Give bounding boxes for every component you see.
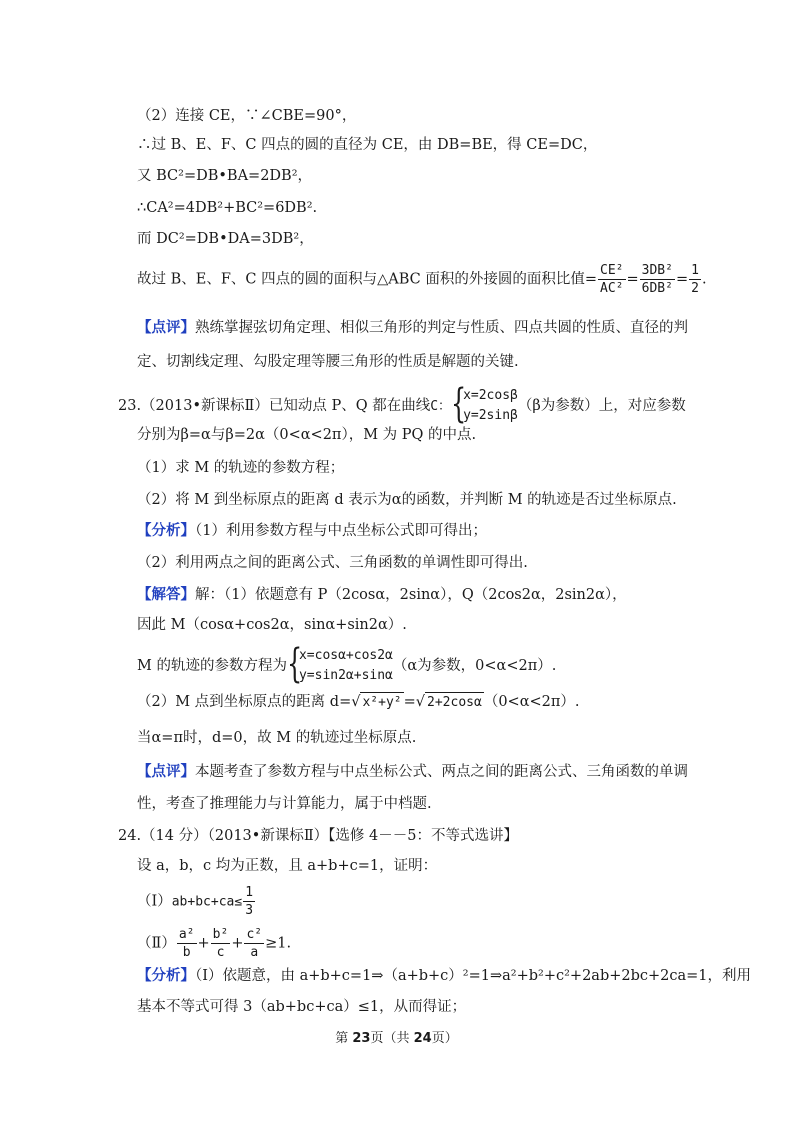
distance-line: （2）M 点到坐标原点的距离 d=√x²+y²=√2+2cosα（0<α<2π）… bbox=[137, 692, 580, 713]
text-line: 设 a，b，c 均为正数，且 a+b+c=1，证明： bbox=[137, 856, 437, 876]
text-line: 又 BC²=DB•BA=2DB²， bbox=[137, 166, 312, 186]
text-line: 而 DC²=DB•DA=3DB²， bbox=[137, 229, 314, 249]
equation-system: {x=2cosβy=2sinβ bbox=[451, 386, 518, 426]
fraction: a²b bbox=[177, 926, 197, 961]
text: 故过 B、E、F、C 四点的圆的面积与△ABC 面积的外接圆的面积比值= bbox=[137, 272, 597, 288]
fraction: 3DB²6DB² bbox=[640, 262, 675, 297]
equation-system: {x=cosα+cos2αy=sin2α+sinα bbox=[287, 646, 393, 686]
sqrt-icon: √ bbox=[416, 694, 425, 710]
part-1-line: （Ⅰ）ab+bc+ca≤13 bbox=[137, 884, 256, 919]
question-23-header: 23.（2013•新课标Ⅱ）已知动点 P、Q 都在曲线C：{x=2cosβy=2… bbox=[118, 386, 686, 426]
review-line: 【点评】本题考查了参数方程与中点坐标公式、两点之间的距离公式、三角函数的单调 bbox=[137, 762, 688, 782]
text-line: （2）利用两点之间的距离公式、三角函数的单调性即可得出. bbox=[137, 553, 528, 573]
text-line: 当α=π时，d=0，故 M 的轨迹过坐标原点. bbox=[137, 728, 416, 748]
text-line: 定、切割线定理、勾股定理等腰三角形的性质是解题的关键. bbox=[137, 352, 519, 372]
fraction: 13 bbox=[243, 884, 255, 919]
part-2-line: （Ⅱ）a²b+b²c+c²a≥1. bbox=[137, 926, 291, 961]
page-total: 24 bbox=[414, 1031, 432, 1046]
text-line: ∴CA²=4DB²+BC²=6DB². bbox=[137, 198, 317, 218]
text-line: ∴过 B、E、F、C 四点的圆的直径为 CE，由 DB=BE，得 CE=DC， bbox=[137, 135, 597, 155]
fraction: c²a bbox=[244, 926, 264, 961]
text-line: 基本不等式可得 3（ab+bc+ca）≤1，从而得证； bbox=[137, 997, 466, 1017]
page-number: 23 bbox=[352, 1031, 370, 1046]
area-ratio-line: 故过 B、E、F、C 四点的圆的面积与△ABC 面积的外接圆的面积比值=CE²A… bbox=[137, 262, 707, 297]
text-line: （2）连接 CE，∵∠CBE=90°， bbox=[137, 106, 356, 126]
answer-tag: 【解答】 bbox=[137, 586, 195, 603]
analysis-line: 【分析】（1）利用参数方程与中点坐标公式即可得出； bbox=[137, 521, 487, 541]
analysis-tag: 【分析】 bbox=[137, 522, 195, 539]
answer-line: 【解答】解：（1）依题意有 P（2cosα，2sinα），Q（2cos2α，2s… bbox=[137, 585, 627, 605]
text-line: 性，考查了推理能力与计算能力，属于中档题. bbox=[137, 794, 432, 814]
analysis-tag: 【分析】 bbox=[137, 967, 195, 984]
fraction: CE²AC² bbox=[598, 262, 625, 297]
brace-icon: { bbox=[287, 642, 302, 686]
sqrt-icon: √ bbox=[351, 694, 360, 710]
text-line: 分别为β=α与β=2α（0<α<2π），M 为 PQ 的中点. bbox=[137, 425, 476, 445]
analysis-line: 【分析】（Ⅰ）依题意，由 a+b+c=1⇒（a+b+c）²=1⇒a²+b²+c²… bbox=[137, 966, 751, 986]
text-line: （2）将 M 到坐标原点的距离 d 表示为α的函数，并判断 M 的轨迹是否过坐标… bbox=[137, 490, 677, 510]
text-line: （1）求 M 的轨迹的参数方程； bbox=[137, 458, 344, 478]
question-24-header: 24.（14 分）（2013•新课标Ⅱ）【选修 4－－5：不等式选讲】 bbox=[118, 826, 518, 846]
fraction: b²c bbox=[211, 926, 231, 961]
text-line: 因此 M（cosα+cos2α，sinα+sin2α）. bbox=[137, 615, 407, 635]
fraction: 12 bbox=[689, 262, 701, 297]
brace-icon: { bbox=[451, 382, 466, 426]
review-line: 【点评】熟练掌握弦切角定理、相似三角形的判定与性质、四点共圆的性质、直径的判 bbox=[137, 318, 688, 338]
parametric-line: M 的轨迹的参数方程为{x=cosα+cos2αy=sin2α+sinα（α为参… bbox=[137, 646, 556, 686]
review-tag: 【点评】 bbox=[137, 319, 195, 336]
review-tag: 【点评】 bbox=[137, 763, 195, 780]
page-footer: 第 23页（共 24页） bbox=[0, 1027, 793, 1046]
